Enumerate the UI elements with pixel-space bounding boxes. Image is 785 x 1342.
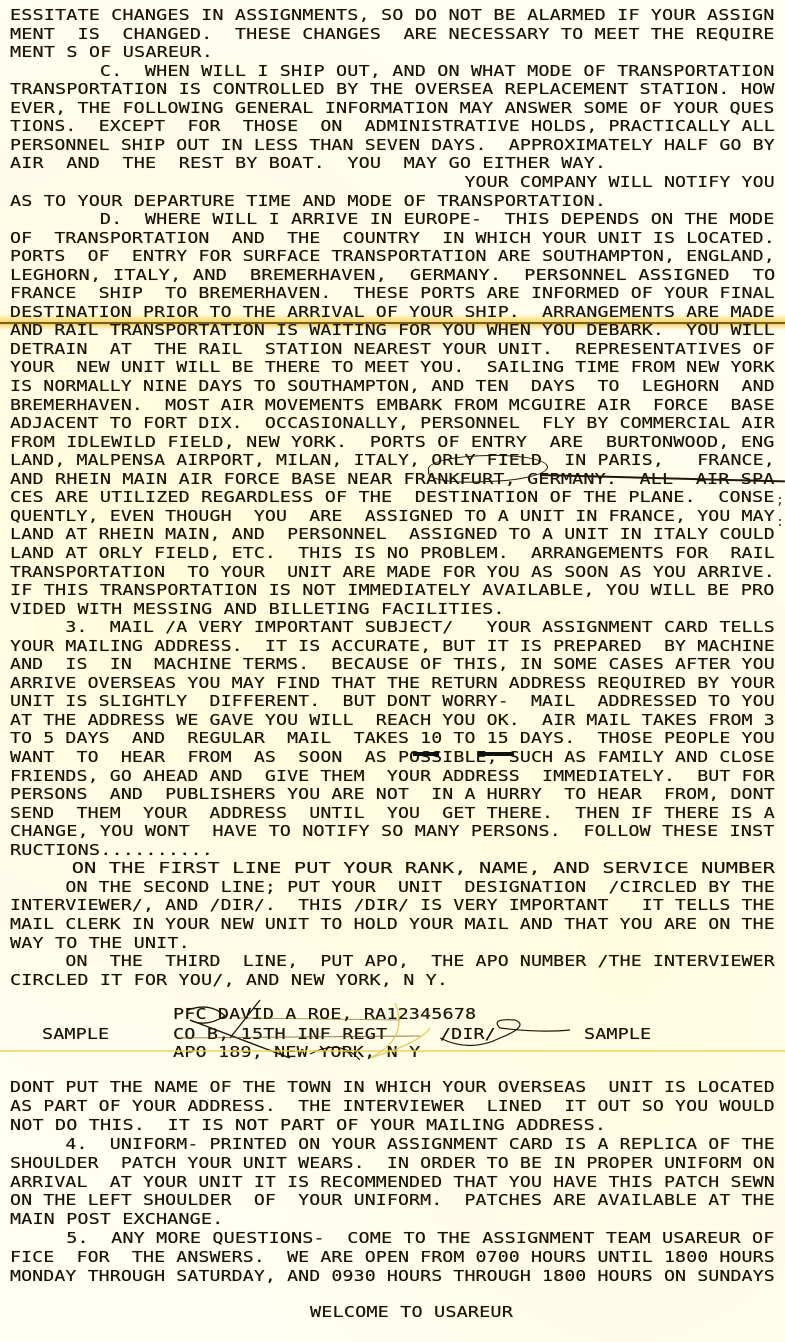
sample-label-right: SAMPLE <box>584 1025 651 1044</box>
document-line: QUENTLY, EVEN THOUGH YOU ARE ASSIGNED TO… <box>10 507 775 526</box>
document-line: CES ARE UTILIZED REGARDLESS OF THE DESTI… <box>10 488 774 507</box>
document-line: FRANCE SHIP TO BREMERHAVEN. THESE PORTS … <box>10 284 775 303</box>
document-line: EVER, THE FOLLOWING GENERAL INFORMATION … <box>10 99 774 118</box>
document-line: 4. UNIFORM- PRINTED ON YOUR ASSIGNMENT C… <box>10 1135 775 1154</box>
document-line: YOUR NEW UNIT WILL BE THERE TO MEET YOU.… <box>10 358 775 377</box>
document-line: ADJACENT TO FORT DIX. OCCASIONALLY, PERS… <box>10 414 775 433</box>
document-line: VIDED WITH MESSING AND BILLETING FACILIT… <box>10 600 505 619</box>
sample-label-left: SAMPLE <box>42 1025 109 1044</box>
document-line: YOUR MAILING ADDRESS. IT IS ACCURATE, BU… <box>10 637 775 656</box>
sample-address-line-3: APO 189, NEW YORK, N Y <box>173 1043 420 1062</box>
document-line: INTERVIEWER/, AND /DIR/. THIS /DIR/ IS V… <box>10 896 775 915</box>
document-line: AND IS IN MACHINE TERMS. BECAUSE OF THIS… <box>10 655 775 674</box>
document-line: TRANSPORTATION TO YOUR UNIT ARE MADE FOR… <box>10 563 775 582</box>
document-line: AT THE ADDRESS WE GAVE YOU WILL REACH YO… <box>10 711 775 730</box>
document-line: TO 5 DAYS AND REGULAR MAIL TAKES 10 TO 1… <box>10 729 775 748</box>
document-line: BREMERHAVEN. MOST AIR MOVEMENTS EMBARK F… <box>10 396 775 415</box>
document-line: IS NORMALLY NINE DAYS TO SOUTHAMPTON, AN… <box>10 377 775 396</box>
document-line: ARRIVAL AT YOUR UNIT IT IS RECOMMENDED T… <box>10 1173 775 1192</box>
document-line: AND RAIL TRANSPORTATION IS WAITING FOR Y… <box>10 321 775 340</box>
document-line: RUCTIONS.......... <box>10 841 213 860</box>
document-line: DETRAIN AT THE RAIL STATION NEAREST YOUR… <box>10 340 775 359</box>
document-line: MENT S OF USAREUR. <box>10 43 213 62</box>
document-line: AIR AND THE REST BY BOAT. YOU MAY GO EIT… <box>10 154 606 173</box>
pen-strike-line <box>0 322 785 324</box>
underline-mark-15 <box>478 752 514 756</box>
document-line: C. WHEN WILL I SHIP OUT, AND ON WHAT MOD… <box>10 62 774 81</box>
document-line: PERSONS AND PUBLISHERS YOU ARE NOT IN A … <box>10 785 775 804</box>
document-line: NOT DO THIS. IT IS NOT PART OF YOUR MAIL… <box>10 1116 606 1135</box>
document-line: CHANGE, YOU WONT HAVE TO NOTIFY SO MANY … <box>10 822 774 841</box>
document-line: AS PART OF YOUR ADDRESS. THE INTERVIEWER… <box>10 1097 775 1116</box>
document-line: UNIT IS SLIGHTLY DIFFERENT. BUT DONT WOR… <box>10 692 775 711</box>
document-line: ON THE SECOND LINE; PUT YOUR UNIT DESIGN… <box>10 878 775 897</box>
document-line: MAIL CLERK IN YOUR NEW UNIT TO HOLD YOUR… <box>10 915 775 934</box>
document-line: PORTS OF ENTRY FOR SURFACE TRANSPORTATIO… <box>10 247 775 266</box>
sample-address-line-1: PFC DAVID A ROE, RA12345678 <box>173 1005 476 1024</box>
document-line: PERSONNEL SHIP OUT IN LESS THAN SEVEN DA… <box>10 136 775 155</box>
sample-address-line-2: CO B, 15TH INF REGT <box>173 1025 387 1044</box>
edge-mark: ; <box>776 493 784 508</box>
document-line: MAIN POST EXCHANGE. <box>10 1210 223 1229</box>
document-line: WANT TO HEAR FROM AS SOON AS POSSIBLE, S… <box>10 748 775 767</box>
document-line: AS TO YOUR DEPARTURE TIME AND MODE OF TR… <box>10 192 606 211</box>
document-line: ON THE LEFT SHOULDER OF YOUR UNIFORM. PA… <box>10 1191 775 1210</box>
document-line: DONT PUT THE NAME OF THE TOWN IN WHICH Y… <box>10 1078 775 1097</box>
document-line: FROM IDLEWILD FIELD, NEW YORK. PORTS OF … <box>10 433 774 452</box>
document-line: DESTINATION PRIOR TO THE ARRIVAL OF YOUR… <box>10 303 775 322</box>
edge-mark: : <box>776 515 784 530</box>
document-line: OF TRANSPORTATION AND THE COUNTRY IN WHI… <box>10 229 775 248</box>
closing-text: WELCOME TO USAREUR <box>310 1303 513 1322</box>
document-line: SHOULDER PATCH YOUR UNIT WEARS. IN ORDER… <box>10 1154 775 1173</box>
document-line: LAND AT ORLY FIELD, ETC. THIS IS NO PROB… <box>10 544 775 563</box>
document-line: 3. MAIL /A VERY IMPORTANT SUBJECT/ YOUR … <box>10 618 775 637</box>
document-line: WAY TO THE UNIT. <box>10 934 190 953</box>
document-line: IF THIS TRANSPORTATION IS NOT IMMEDIATEL… <box>10 581 774 600</box>
document-line: ARRIVE OVERSEAS YOU MAY FIND THAT THE RE… <box>10 674 775 693</box>
document-line: TRANSPORTATION IS CONTROLLED BY THE OVER… <box>10 80 774 99</box>
document-line: MONDAY THROUGH SATURDAY, AND 0930 HOURS … <box>10 1267 775 1286</box>
document-line: 5. ANY MORE QUESTIONS- COME TO THE ASSIG… <box>10 1229 774 1248</box>
document-line: ON THE FIRST LINE PUT YOUR RANK, NAME, A… <box>10 859 775 878</box>
document-line: SEND THEM YOUR ADDRESS UNTIL YOU GET THE… <box>10 804 775 823</box>
sample-dir-label: /DIR/ <box>440 1025 496 1044</box>
document-line: FICE FOR THE ANSWERS. WE ARE OPEN FROM 0… <box>10 1248 775 1267</box>
document-line: FRIENDS, GO AHEAD AND GIVE THEM YOUR ADD… <box>10 767 775 786</box>
document-line: AND RHEIN MAIN AIR FORCE BASE NEAR FRANK… <box>10 470 774 489</box>
document-line: LAND AT RHEIN MAIN, AND PERSONNEL ASSIGN… <box>10 525 775 544</box>
document-line: YOUR COMPANY WILL NOTIFY YOU <box>10 173 775 192</box>
document-line: CIRCLED IT FOR YOU/, AND NEW YORK, N Y. <box>10 971 448 990</box>
document-line: ON THE THIRD LINE, PUT APO, THE APO NUMB… <box>10 952 775 971</box>
document-line: LAND, MALPENSA AIRPORT, MILAN, ITALY, OR… <box>10 451 775 470</box>
document-line: LEGHORN, ITALY, AND BREMERHAVEN, GERMANY… <box>10 266 775 285</box>
scanned-document-page: ESSITATE CHANGES IN ASSIGNMENTS, SO DO N… <box>0 0 785 1342</box>
document-line: ESSITATE CHANGES IN ASSIGNMENTS, SO DO N… <box>10 6 774 25</box>
document-line: D. WHERE WILL I ARRIVE IN EUROPE- THIS D… <box>10 210 774 229</box>
document-line: MENT IS CHANGED. THESE CHANGES ARE NECES… <box>10 25 774 44</box>
document-line: TIONS. EXCEPT FOR THOSE ON ADMINISTRATIV… <box>10 117 775 136</box>
yellow-rule <box>0 1050 785 1052</box>
underline-mark-10 <box>413 752 439 756</box>
